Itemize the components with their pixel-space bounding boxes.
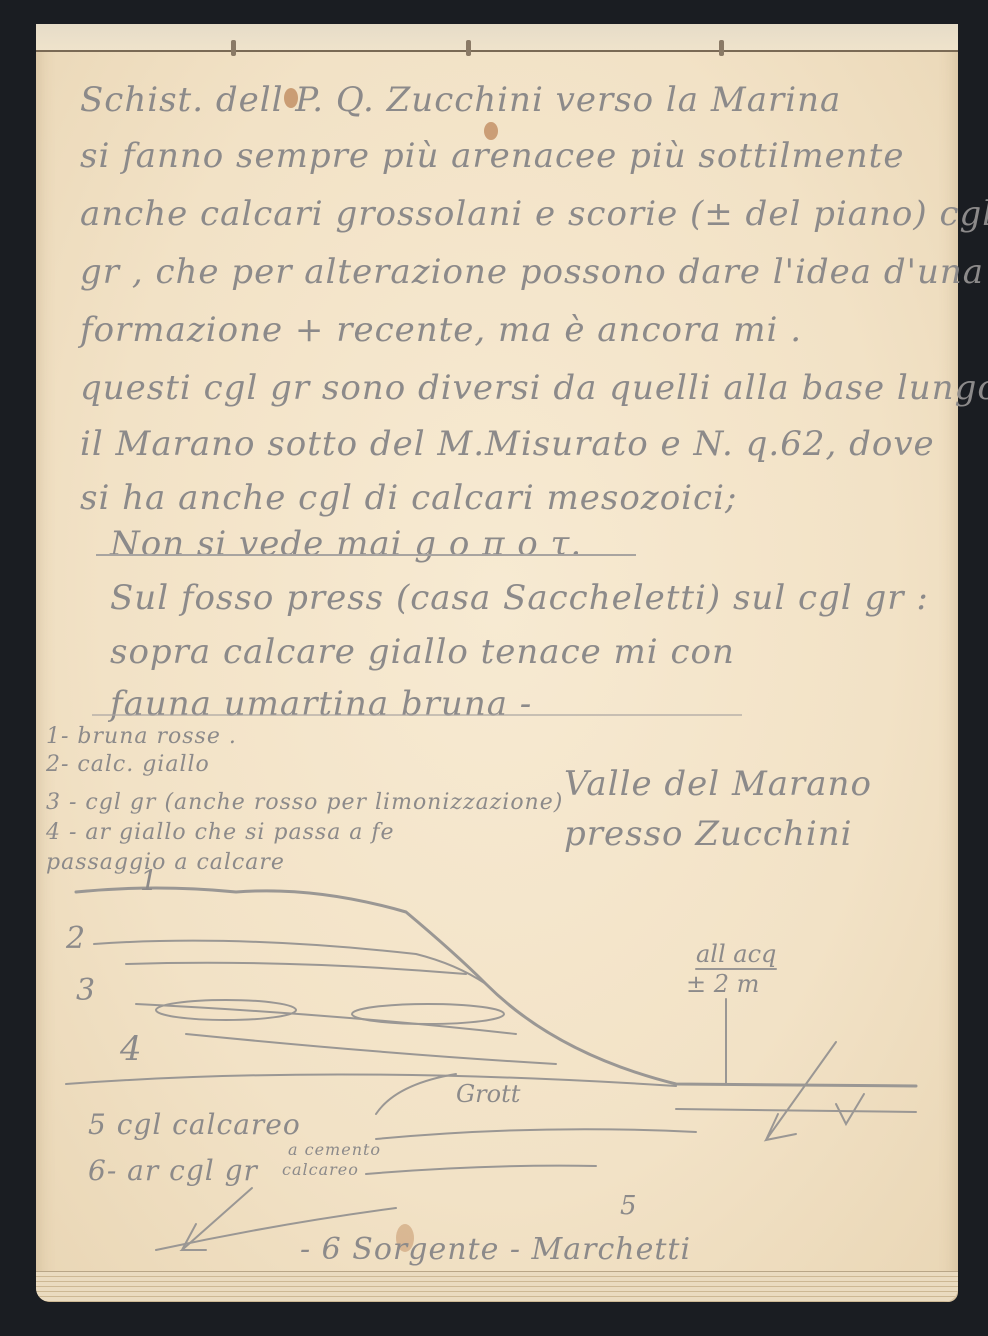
sketch-label: all acq — [696, 940, 776, 968]
lower-legend-note: calcareo — [282, 1160, 359, 1179]
page-edges — [36, 1271, 958, 1302]
sketch-label: 1 — [140, 864, 158, 897]
sketch-label: 5 — [620, 1191, 637, 1221]
bottom-caption: - 6 Sorgente - Marchetti — [300, 1232, 691, 1267]
lower-legend-item: 6- ar cgl gr — [88, 1154, 258, 1187]
lower-legend-note: a cemento — [288, 1140, 381, 1159]
sketch-label: 4 — [119, 1029, 142, 1069]
sketch-label: Grott — [456, 1080, 521, 1108]
sketch-label: 2 — [65, 921, 85, 956]
sketch-label: 3 — [76, 973, 95, 1008]
sketch-label: ± 2 m — [686, 970, 759, 998]
lower-legend-item: 5 cgl calcareo — [88, 1108, 301, 1141]
notebook-page: Schist. dell P. Q. Zucchini verso la Mar… — [36, 24, 958, 1302]
